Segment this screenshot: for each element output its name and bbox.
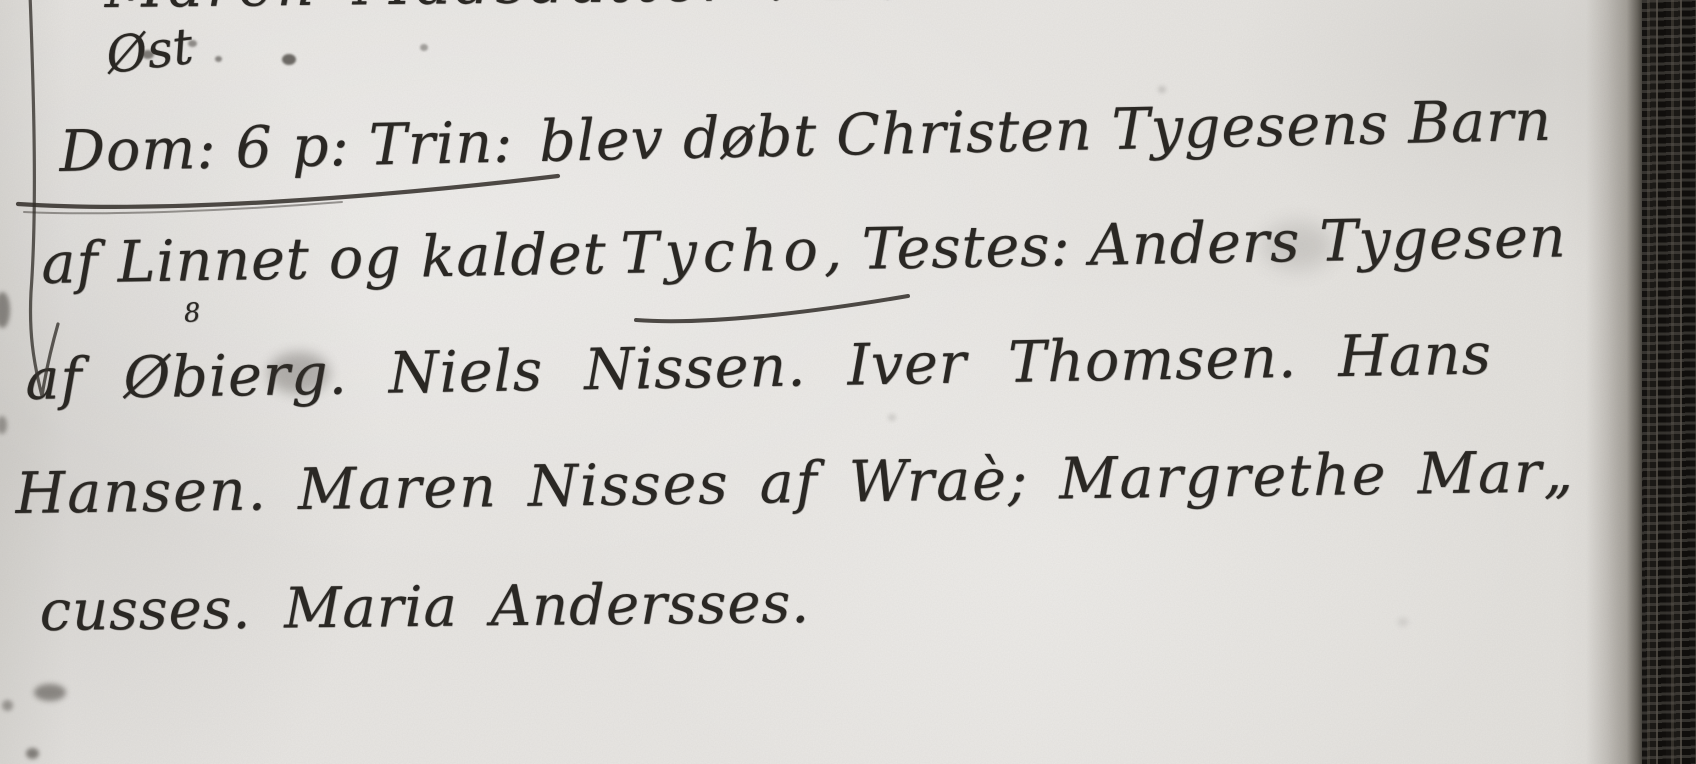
ink-smudge	[34, 684, 66, 701]
entry-line-2-post: , Testes: Anders Tygesen	[823, 204, 1567, 283]
margin-rule-line	[30, 0, 58, 396]
edge-blot	[0, 292, 10, 328]
manuscript-page: Maren Madsdatter : Bodel Bertels . Øst D…	[0, 0, 1696, 764]
entry-line-2: af Linnet og kaldetTycho, Testes: Anders…	[41, 205, 1567, 297]
child-name: Tycho	[620, 217, 824, 287]
entry-line-2-pre: af Linnet og kaldet	[41, 221, 607, 297]
superscript-mark: 8	[183, 299, 202, 330]
ink-stain	[26, 748, 39, 759]
margin-note: Øst	[103, 18, 196, 86]
ink-stain	[420, 44, 428, 51]
entry-line-4: Hansen. Maren Nisses af Wraè; Margrethe …	[15, 440, 1575, 527]
page-edge-shadow	[1586, 0, 1644, 764]
ink-stain	[282, 54, 296, 65]
binding-edge	[1642, 0, 1696, 764]
child-name-underline	[636, 296, 908, 321]
entry-line-1-text: blev døbt Christen Tygesens Barn	[539, 88, 1553, 175]
date-heading: Dom: 6 p: Trin:	[59, 110, 514, 185]
edge-blot	[0, 416, 7, 434]
foxing-spot	[888, 414, 896, 421]
foxing-spot	[1398, 618, 1408, 626]
entry-line-3: af Øbierg. Niels Nissen. Iver Thomsen. H…	[25, 322, 1492, 413]
ink-stain	[215, 56, 222, 62]
entry-line-1: Dom: 6 p: Trin:blev døbt Christen Tygese…	[59, 89, 1553, 186]
date-heading-underline-echo	[24, 202, 342, 213]
ink-stain	[2, 700, 13, 711]
top-partial-line: Maren Madsdatter : Bodel Bertels .	[104, 0, 1344, 21]
entry-line-5: cusses. Maria Andersses.	[39, 572, 810, 644]
foxing-spot	[1158, 86, 1166, 93]
